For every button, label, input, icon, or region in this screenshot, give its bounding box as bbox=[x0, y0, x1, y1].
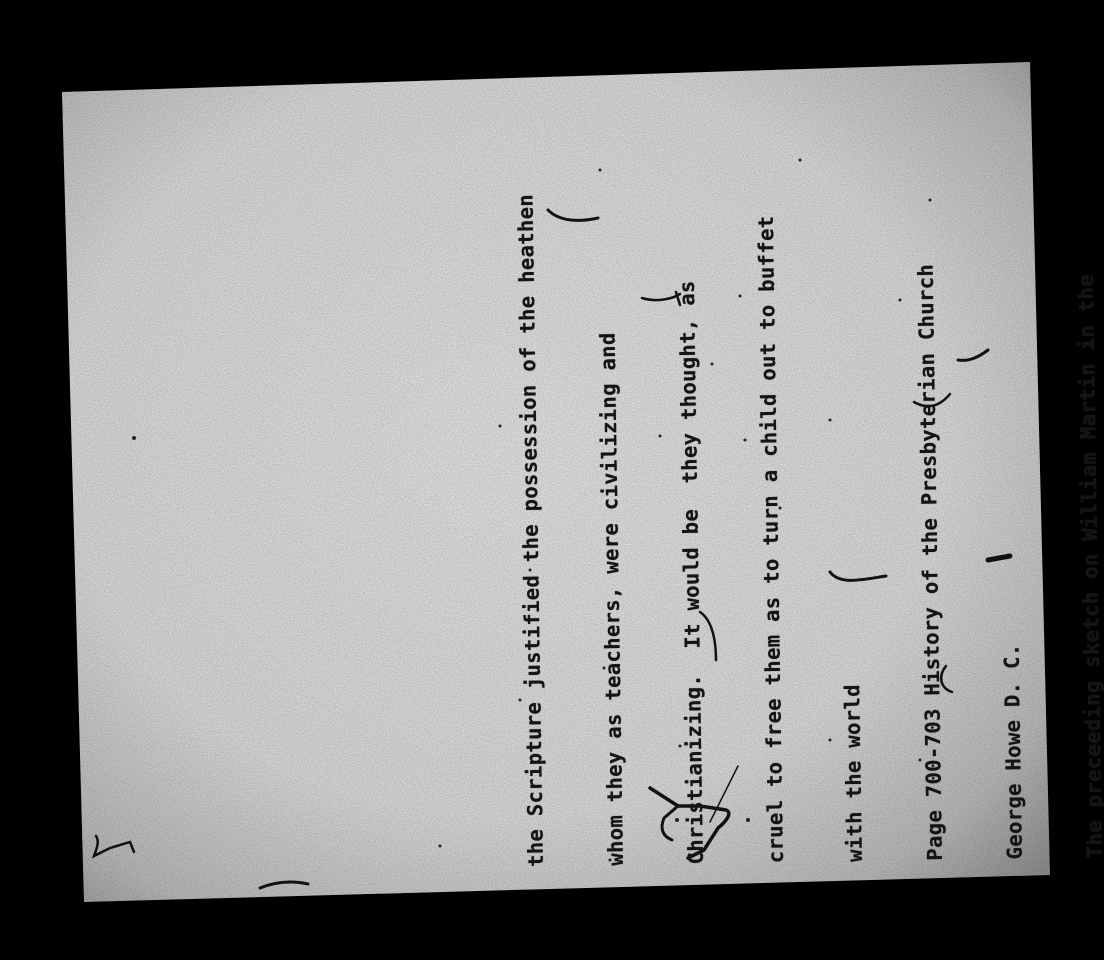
scanned-page bbox=[0, 0, 1104, 960]
